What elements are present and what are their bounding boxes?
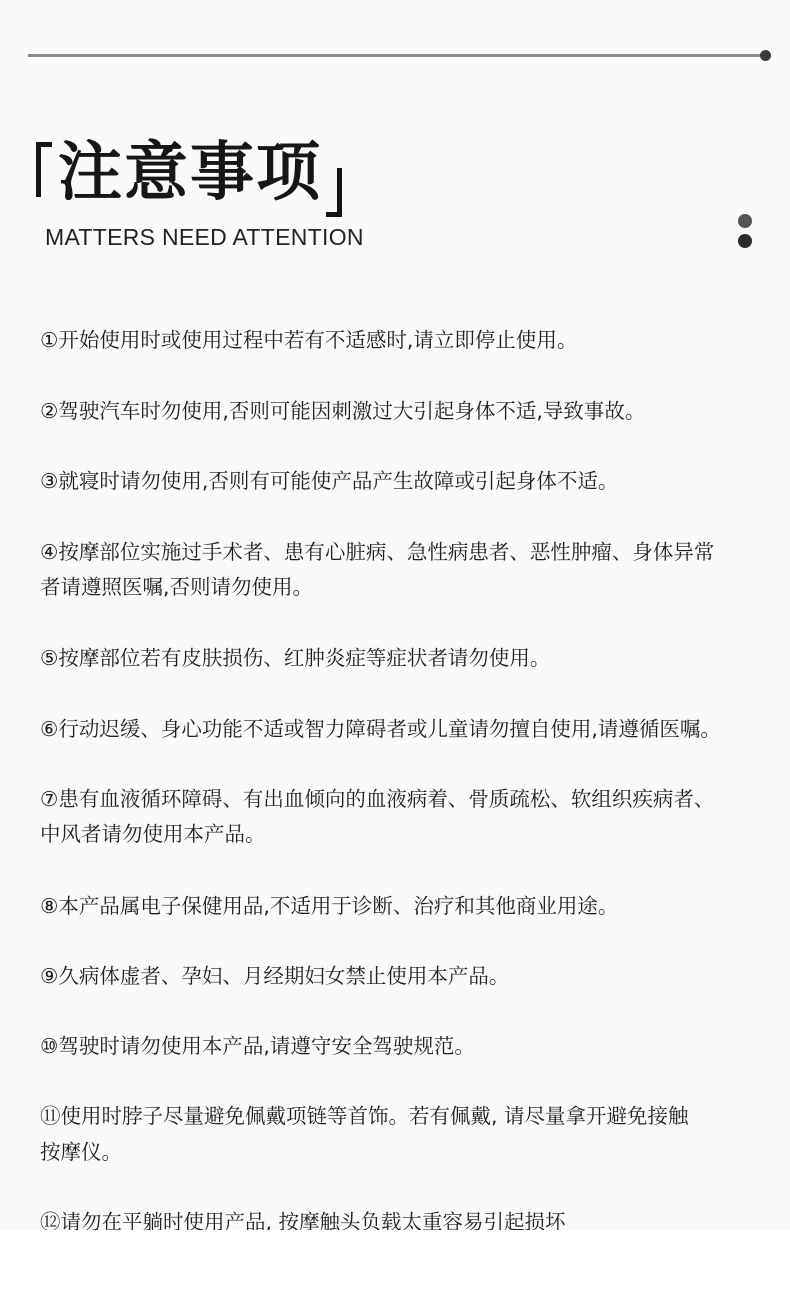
bottom-blank-area <box>0 1230 790 1312</box>
notice-item-11-line-2: 按摩仪。 <box>40 1134 122 1170</box>
notice-item-9: ⑨久病体虚者、孕妇、月经期妇女禁止使用本产品。 <box>40 958 509 994</box>
top-divider-line <box>28 54 766 57</box>
notice-item-6: ⑥行动迟缓、身心功能不适或智力障碍者或儿童请勿擅自使用,请遵循医嘱。 <box>40 711 721 747</box>
page-subtitle: MATTERS NEED ATTENTION <box>45 224 364 251</box>
notice-item-10: ⑩驾驶时请勿使用本产品,请遵守安全驾驶规范。 <box>40 1028 475 1064</box>
notice-item-1: ①开始使用时或使用过程中若有不适感时,请立即停止使用。 <box>40 322 577 358</box>
notice-item-4-line-1: ④按摩部位实施过手术者、患有心脏病、急性病患者、恶性肿瘤、身体异常 <box>40 534 714 570</box>
title-close-bracket-icon <box>326 168 342 217</box>
notice-item-7-line-2: 中风者请勿使用本产品。 <box>40 816 266 852</box>
notice-item-3: ③就寝时请勿使用,否则有可能使产品产生故障或引起身体不适。 <box>40 463 618 499</box>
notice-item-5: ⑤按摩部位若有皮肤损伤、红肿炎症等症状者请勿使用。 <box>40 640 550 676</box>
decorative-dot-icon <box>738 234 752 248</box>
notice-item-8: ⑧本产品属电子保健用品,不适用于诊断、治疗和其他商业用途。 <box>40 888 618 924</box>
notice-item-11-line-1: ⑪使用时脖子尽量避免佩戴项链等首饰。若有佩戴, 请尽量拿开避免接触 <box>40 1098 689 1134</box>
notice-item-7-line-1: ⑦患有血液循环障碍、有出血倾向的血液病着、骨质疏松、软组织疾病者、 <box>40 781 714 817</box>
notice-item-2: ②驾驶汽车时勿使用,否则可能因刺激过大引起身体不适,导致事故。 <box>40 393 645 429</box>
title-open-bracket-icon <box>36 142 52 197</box>
page-title: 注意事项 <box>58 128 322 218</box>
divider-end-dot-icon <box>760 50 771 61</box>
notice-item-4-line-2: 者请遵照医嘱,否则请勿使用。 <box>40 569 313 605</box>
decorative-dot-icon <box>738 214 752 228</box>
